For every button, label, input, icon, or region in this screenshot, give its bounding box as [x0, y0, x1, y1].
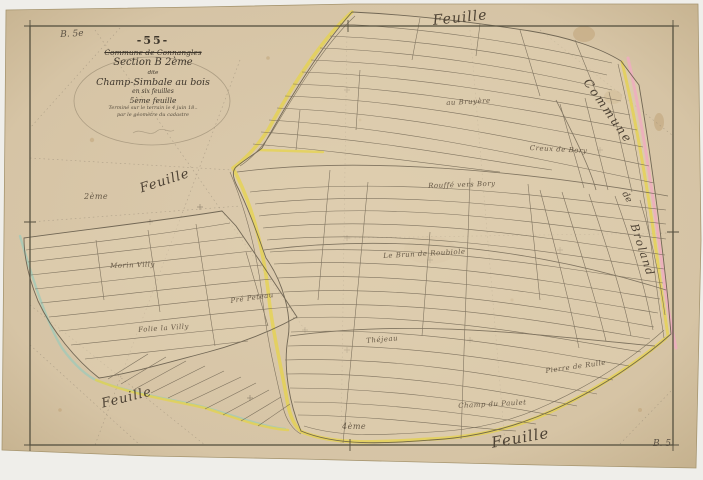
- cartouche-subtitle: en six feuilles: [78, 88, 228, 96]
- cartouche-note-2: par le géomètre du cadastre: [78, 112, 228, 119]
- title-cartouche: -55- Commune de Connangles Section B 2èm…: [78, 34, 228, 118]
- cartouche-dite: dite: [78, 70, 228, 77]
- cartouche-place-name: Champ-Simbale au bois: [78, 77, 228, 89]
- cartouche-struck-commune: Commune de Connangles: [78, 48, 228, 57]
- cartouche-number: -55-: [78, 34, 228, 48]
- cartouche-sheet-number: 5ème feuille: [78, 96, 228, 105]
- cartouche-section: Section B 2ème: [78, 57, 228, 70]
- map-scan-page: -55- Commune de Connangles Section B 2èm…: [0, 0, 703, 480]
